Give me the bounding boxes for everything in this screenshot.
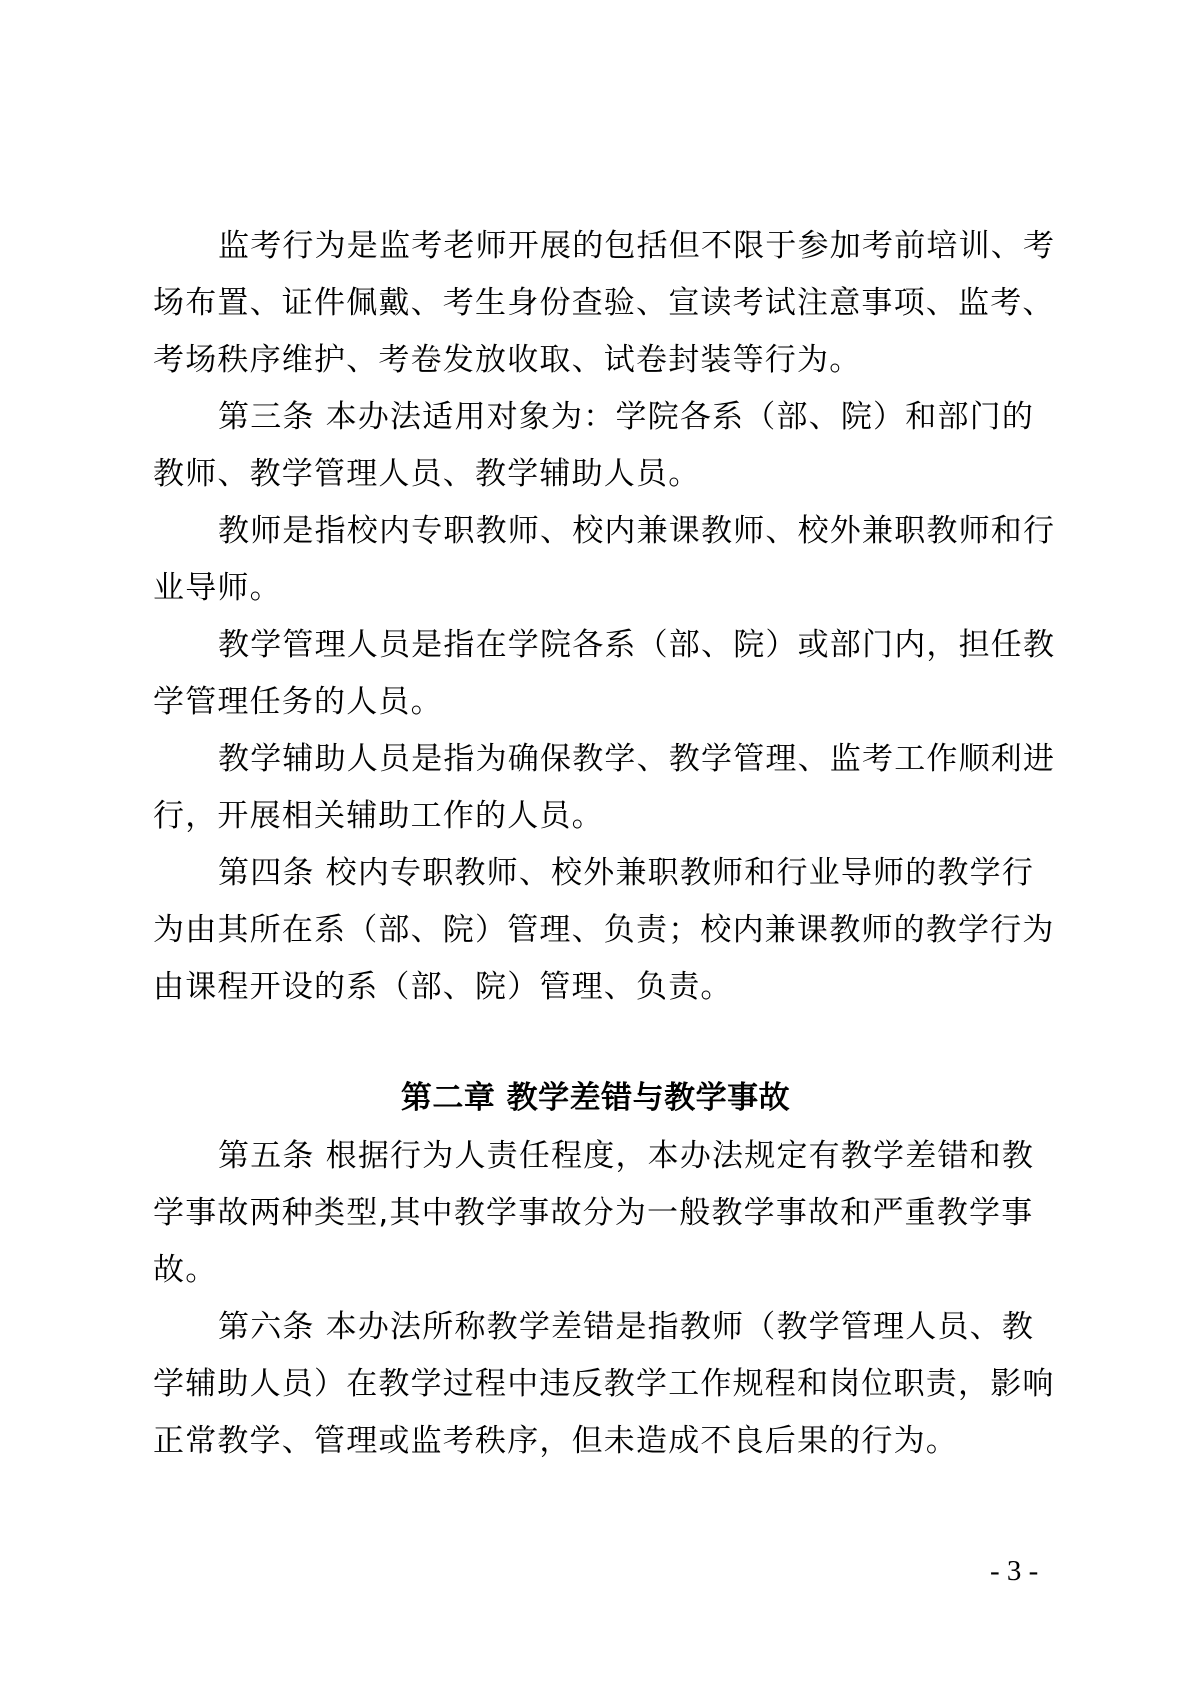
- paragraph-line: 故。: [153, 1250, 217, 1290]
- paragraph-line: 由课程开设的系（部、院）管理、负责。: [153, 967, 733, 1007]
- paragraph-line: 教学管理人员是指在学院各系（部、院）或部门内，担任教: [218, 625, 1055, 665]
- article-4-line: 第四条 校内专职教师、校外兼职教师和行业导师的教学行: [218, 853, 1034, 893]
- page-number: - 3 -: [990, 1553, 1038, 1589]
- paragraph-line: 教学辅助人员是指为确保教学、教学管理、监考工作顺利进: [218, 739, 1055, 779]
- paragraph-line: 教师、教学管理人员、教学辅助人员。: [153, 454, 700, 494]
- paragraph-line: 场布置、证件佩戴、考生身份查验、宣读考试注意事项、监考、: [153, 283, 1055, 323]
- chapter-heading: 第二章 教学差错与教学事故: [0, 1078, 1191, 1118]
- paragraph-line: 学辅助人员）在教学过程中违反教学工作规程和岗位职责，影响: [153, 1364, 1055, 1404]
- paragraph-line: 教师是指校内专职教师、校内兼课教师、校外兼职教师和行: [218, 511, 1055, 551]
- paragraph-line: 业导师。: [153, 568, 282, 608]
- paragraph-line: 正常教学、管理或监考秩序，但未造成不良后果的行为。: [153, 1421, 958, 1461]
- document-page: 监考行为是监考老师开展的包括但不限于参加考前培训、考 场布置、证件佩戴、考生身份…: [0, 0, 1191, 1684]
- paragraph-line: 为由其所在系（部、院）管理、负责；校内兼课教师的教学行为: [153, 910, 1055, 950]
- paragraph-line: 监考行为是监考老师开展的包括但不限于参加考前培训、考: [218, 226, 1055, 266]
- article-6-line: 第六条 本办法所称教学差错是指教师（教学管理人员、教: [218, 1307, 1034, 1347]
- article-5-line: 第五条 根据行为人责任程度，本办法规定有教学差错和教: [218, 1136, 1034, 1176]
- paragraph-line: 行，开展相关辅助工作的人员。: [153, 796, 604, 836]
- paragraph-line: 学管理任务的人员。: [153, 682, 443, 722]
- paragraph-line: 学事故两种类型,其中教学事故分为一般教学事故和严重教学事: [153, 1193, 1033, 1233]
- article-3-line: 第三条 本办法适用对象为：学院各系（部、院）和部门的: [218, 397, 1034, 437]
- paragraph-line: 考场秩序维护、考卷发放收取、试卷封装等行为。: [153, 340, 861, 380]
